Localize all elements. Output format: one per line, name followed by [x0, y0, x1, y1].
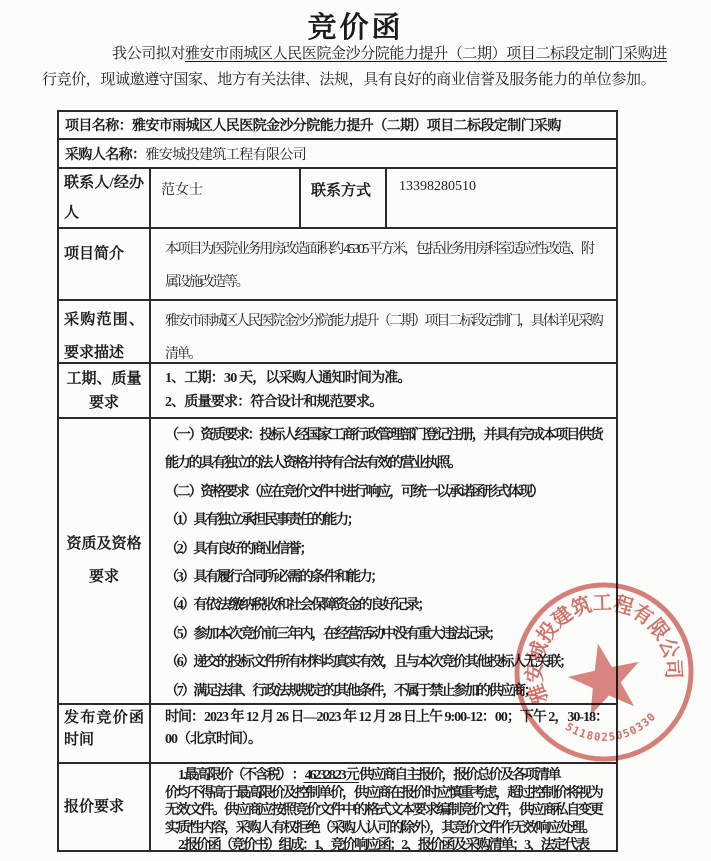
row-overview: 项目简介 本项目为医院业务用房改造面积约 45305 平方米，包括业务用房科室适…	[59, 229, 616, 301]
publish-time-label: 发布竞价函时间	[64, 707, 144, 751]
quotation-content: 1.最高限价（不含税） ： 462328.23 元 供应商自主报价，报价总价及各…	[151, 764, 616, 850]
text-line: （3）具有履行合同所必需的条件和能力；	[165, 564, 616, 592]
purchaser-cell: 采购人名称：雅安城投建筑工程有限公司	[59, 140, 616, 167]
intro-prefix: 我公司拟对	[112, 46, 185, 62]
schedule-label: 工期、质量要求	[64, 367, 144, 415]
text-line: 2、质量要求：符合设计和规范要求。	[165, 391, 616, 415]
document-title: 竞价函	[0, 5, 711, 46]
text-line: （一）资质要求：投标人经国家工商行政管理部门登记注册，并具有完成本项目供货	[165, 422, 616, 450]
qualification-label: 资质及资格要求	[64, 528, 144, 594]
text-line: （4）有依法缴纳税收和社会保障资金的良好记录；	[165, 592, 616, 620]
purchaser-label: 采购人名称：	[65, 144, 145, 164]
row-publish-time: 发布竞价函时间 时间：2023 年 12 月 26 日—2023 年 12 月 …	[59, 705, 616, 764]
project-name-cell: 项目名称：雅安市雨城区人民医院金沙分院能力提升（二期）项目二标段定制门采购	[59, 112, 616, 138]
row-project-name: 项目名称：雅安市雨城区人民医院金沙分院能力提升（二期）项目二标段定制门采购	[59, 112, 616, 140]
quotation-line-1-rest: 供应商自主报价，报价总价及各项清单	[359, 768, 560, 783]
text-line: 时间：2023 年 12 月 26 日—2023 年 12 月 28 日上午 9…	[165, 707, 616, 729]
project-name-value: 雅安市雨城区人民医院金沙分院能力提升（二期）项目二标段定制门采购	[132, 115, 561, 135]
row-contact: 联系人/经办人 范女士 联系方式 13398280510	[59, 169, 616, 229]
text-line: （二）资格要求（应在竞价文件中进行响应，可统一以承诺函形式体现）	[165, 479, 616, 507]
text-line: 属设施改造等。	[165, 266, 616, 299]
publish-time-label-cell: 发布竞价函时间	[59, 705, 151, 762]
row-qualification: 资质及资格要求 （一）资质要求：投标人经国家工商行政管理部门登记注册，并具有完成…	[59, 419, 616, 705]
quotation-line-1: 1.最高限价（不含税） ： 462328.23 元 供应商自主报价，报价总价及各…	[165, 767, 616, 785]
row-quotation: 报价要求 1.最高限价（不含税） ： 462328.23 元 供应商自主报价，报…	[59, 764, 616, 850]
qualification-label-cell: 资质及资格要求	[59, 419, 151, 703]
schedule-content: 1、工期：30 天，以采购人通知时间为准。2、质量要求：符合设计和规范要求。	[151, 364, 616, 417]
row-schedule-quality: 工期、质量要求 1、工期：30 天，以采购人通知时间为准。2、质量要求：符合设计…	[59, 364, 616, 419]
text-line: 本项目为医院业务用房改造面积约 45305 平方米，包括业务用房科室适应性改造、…	[165, 233, 616, 266]
text-line: （1）具有独立承担民事责任的能力；	[165, 507, 616, 535]
document-page: 竞价函 我公司拟对雅安市雨城区人民医院金沙分院能力提升（二期）项目二标段定制门采…	[0, 0, 711, 861]
overview-label: 项目简介	[64, 239, 144, 269]
row-scope: 采购范围、要求描述 雅安市雨城区人民医院金沙分院能力提升（二期）项目二标段定制门…	[59, 301, 616, 364]
publish-time-content: 时间：2023 年 12 月 26 日—2023 年 12 月 28 日上午 9…	[151, 705, 616, 762]
text-line: 清单。	[165, 338, 616, 362]
quotation-label-cell: 报价要求	[59, 764, 151, 850]
intro-line-1: 我公司拟对雅安市雨城区人民医院金沙分院能力提升（二期）项目二标段定制门采购进	[42, 41, 670, 67]
project-name-label: 项目名称：	[65, 115, 132, 135]
quotation-label: 报价要求	[64, 792, 144, 822]
text-line: 00（北京时间）。	[165, 729, 616, 751]
text-line: （5）参加本次竞价前三年内，在经营活动中没有重大违法记录；	[165, 621, 616, 649]
scope-label: 采购范围、要求描述	[64, 304, 144, 362]
contact-label: 联系人/经办人	[64, 169, 144, 227]
quotation-last-line: 2.报价函（竞价书）组成：1、竞价响应函；2、报价函及采购清单；3、法定代表	[165, 837, 616, 850]
quotation-mid-lines: 价均不得高于最高限价及控制单价，供应商在报价时应慎重考虑，超过控制价将视为无效文…	[165, 785, 616, 838]
max-price-value: 462328.23 元	[303, 768, 358, 783]
intro-project-name-underlined: 雅安市雨城区人民医院金沙分院能力提升（二期）项目二标段定制门采购进	[185, 46, 667, 62]
text-line: 雅安市雨城区人民医院金沙分院能力提升（二期）项目二标段定制门，具体详见采购	[165, 305, 616, 338]
text-line: 能力的具有独立的法人资格并持有合法有效的营业执照。	[165, 450, 616, 478]
schedule-label-cell: 工期、质量要求	[59, 364, 151, 417]
scope-label-cell: 采购范围、要求描述	[59, 301, 151, 362]
text-line: 无效文件。供应商应按照竞价文件中的格式文本要求编制竞价文件，供应商私自变更	[165, 802, 616, 820]
scope-content: 雅安市雨城区人民医院金沙分院能力提升（二期）项目二标段定制门，具体详见采购清单。	[151, 301, 616, 362]
intro-paragraph: 我公司拟对雅安市雨城区人民医院金沙分院能力提升（二期）项目二标段定制门采购进 行…	[42, 41, 670, 93]
text-line: （6）递交的投标文件所有材料均真实有效，且与本次竞价其他投标人无关联；	[165, 649, 616, 677]
text-line: 1、工期：30 天，以采购人通知时间为准。	[165, 367, 616, 391]
contact-method-label-cell: 联系方式	[301, 169, 387, 227]
bid-info-table: 项目名称：雅安市雨城区人民医院金沙分院能力提升（二期）项目二标段定制门采购 采购…	[57, 110, 618, 852]
text-line: 实质性内容，采购人有权拒绝（采购人认可的除外），其竞价文件作无效响应处理。	[165, 820, 616, 838]
text-line: 价均不得高于最高限价及控制单价，供应商在报价时应慎重考虑，超过控制价将视为	[165, 785, 616, 803]
overview-content: 本项目为医院业务用房改造面积约 45305 平方米，包括业务用房科室适应性改造、…	[151, 229, 616, 299]
row-purchaser: 采购人名称：雅安城投建筑工程有限公司	[59, 140, 616, 169]
text-line: （2）具有良好的商业信誉；	[165, 536, 616, 564]
contact-name-cell: 范女士	[151, 169, 301, 227]
contact-label-cell: 联系人/经办人	[59, 169, 151, 227]
intro-line-2: 行竞价，现诚邀遵守国家、地方有关法律、法规，具有良好的商业信誉及服务能力的单位参…	[42, 67, 670, 93]
qualification-content: （一）资质要求：投标人经国家工商行政管理部门登记注册，并具有完成本项目供货能力的…	[151, 419, 616, 703]
overview-label-cell: 项目简介	[59, 229, 151, 299]
text-line: （7）满足法律、行政法规规定的其他条件，不属于禁止参加的供应商；	[165, 678, 616, 703]
purchaser-value: 雅安城投建筑工程有限公司	[145, 144, 306, 164]
max-price-label: 1.最高限价（不含税） ：	[178, 768, 303, 783]
contact-phone-cell: 13398280510	[387, 169, 616, 227]
